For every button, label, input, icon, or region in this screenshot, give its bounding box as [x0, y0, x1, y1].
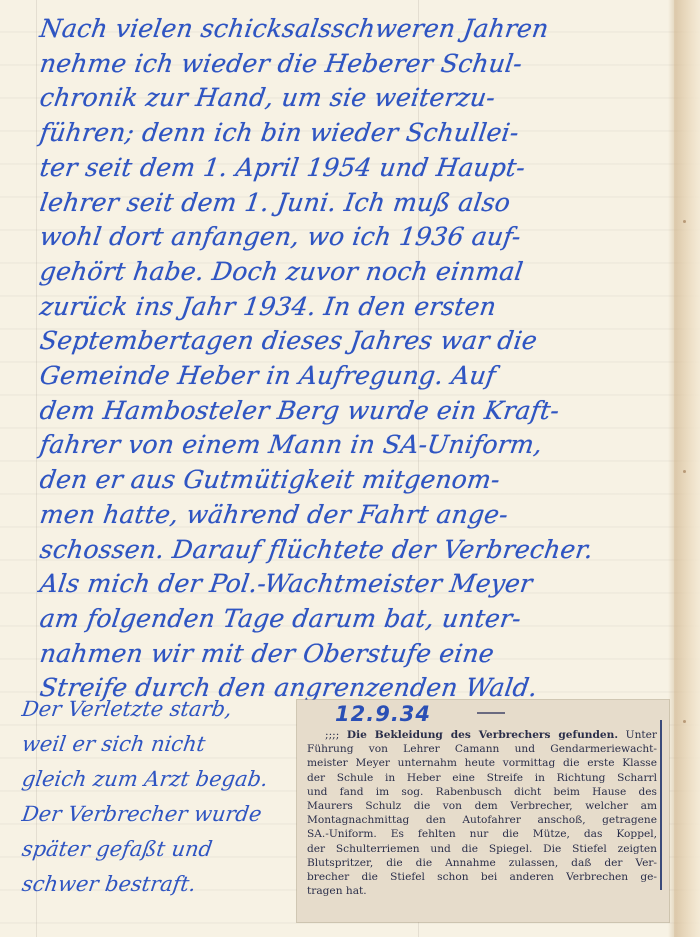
text-line: dem Hambosteler Berg wurde ein Kraft-: [38, 394, 683, 429]
article-line: SA.-Uniform. Es fehlten nur die Mütze, d…: [307, 827, 657, 841]
handwritten-main-text: Nach vielen schicksalsschweren Jahren ne…: [40, 12, 680, 706]
note-line: später gefaßt und: [20, 832, 295, 867]
text-line: wohl dort anfangen, wo ich 1936 auf-: [38, 220, 683, 255]
note-line: Der Verbrecher wurde: [20, 797, 295, 832]
lead-marker: ;;;;: [325, 729, 339, 741]
text-line: führen; denn ich bin wieder Schullei-: [38, 116, 683, 151]
text-line: lehrer seit dem 1. Juni. Ich muß also: [38, 186, 683, 221]
text-line: chronik zur Hand, um sie weiterzu-: [38, 81, 683, 116]
text-line: schossen. Darauf flüchtete der Verbreche…: [38, 533, 683, 568]
article-line: ;;;; Die Bekleidung des Verbrechers gefu…: [307, 728, 657, 742]
article-line: Montagnachmittag den Autofahrer anschoß,…: [307, 813, 657, 827]
article-line: tragen hat.: [307, 884, 657, 898]
clipping-divider: [477, 712, 505, 714]
article-line: Blutspritzer, die die Annahme zulassen, …: [307, 856, 657, 870]
handwritten-margin-note: Der Verletzte starb, weil er sich nicht …: [22, 692, 292, 902]
text-line: nehme ich wieder die Heberer Schul-: [38, 47, 683, 82]
article-line: der Schule in Heber eine Streife in Rich…: [307, 771, 657, 785]
newspaper-clipping: 12.9.34 ;;;; Die Bekleidung des Verbrech…: [297, 700, 669, 922]
text-line: nahmen wir mit der Oberstufe eine: [38, 637, 683, 672]
text-line: zurück ins Jahr 1934. In den ersten: [38, 290, 683, 325]
article-line: der Schulterriemen und die Spiegel. Die …: [307, 842, 657, 856]
text-line: ter seit dem 1. April 1954 und Haupt-: [38, 151, 683, 186]
article-text: Unter: [618, 729, 657, 741]
text-line: Nach vielen schicksalsschweren Jahren: [38, 12, 683, 47]
note-line: weil er sich nicht: [20, 727, 295, 762]
clipping-column-rule: [660, 720, 662, 890]
clipping-article: ;;;; Die Bekleidung des Verbrechers gefu…: [307, 728, 657, 898]
text-line: gehört habe. Doch zuvor noch einmal: [38, 255, 683, 290]
binding-stitch: [683, 220, 686, 223]
clipping-date: 12.9.34: [335, 702, 431, 726]
article-line: und fand im sog. Rabenbusch dicht beim H…: [307, 785, 657, 799]
text-line: fahrer von einem Mann in SA-Uniform,: [38, 428, 683, 463]
text-line: Als mich der Pol.-Wachtmeister Meyer: [38, 567, 683, 602]
article-line: Maurers Schulz die von dem Verbrecher, w…: [307, 799, 657, 813]
notebook-page: Nach vielen schicksalsschweren Jahren ne…: [0, 0, 700, 937]
text-line: den er aus Gutmütigkeit mitgenom-: [38, 463, 683, 498]
text-line: men hatte, während der Fahrt ange-: [38, 498, 683, 533]
note-line: Der Verletzte starb,: [20, 692, 295, 727]
article-headline: Die Bekleidung des Verbrechers gefunden.: [347, 729, 618, 741]
article-line: meister Meyer unternahm heute vormittag …: [307, 756, 657, 770]
text-line: Gemeinde Heber in Aufregung. Auf: [38, 359, 683, 394]
article-line: brecher die Stiefel schon bei anderen Ve…: [307, 870, 657, 884]
note-line: schwer bestraft.: [20, 867, 295, 902]
article-line: Führung von Lehrer Camann und Gendarmeri…: [307, 742, 657, 756]
text-line: am folgenden Tage darum bat, unter-: [38, 602, 683, 637]
note-line: gleich zum Arzt begab.: [20, 762, 295, 797]
binding-stitch: [683, 720, 686, 723]
text-line: Septembertagen dieses Jahres war die: [38, 324, 683, 359]
binding-stitch: [683, 470, 686, 473]
